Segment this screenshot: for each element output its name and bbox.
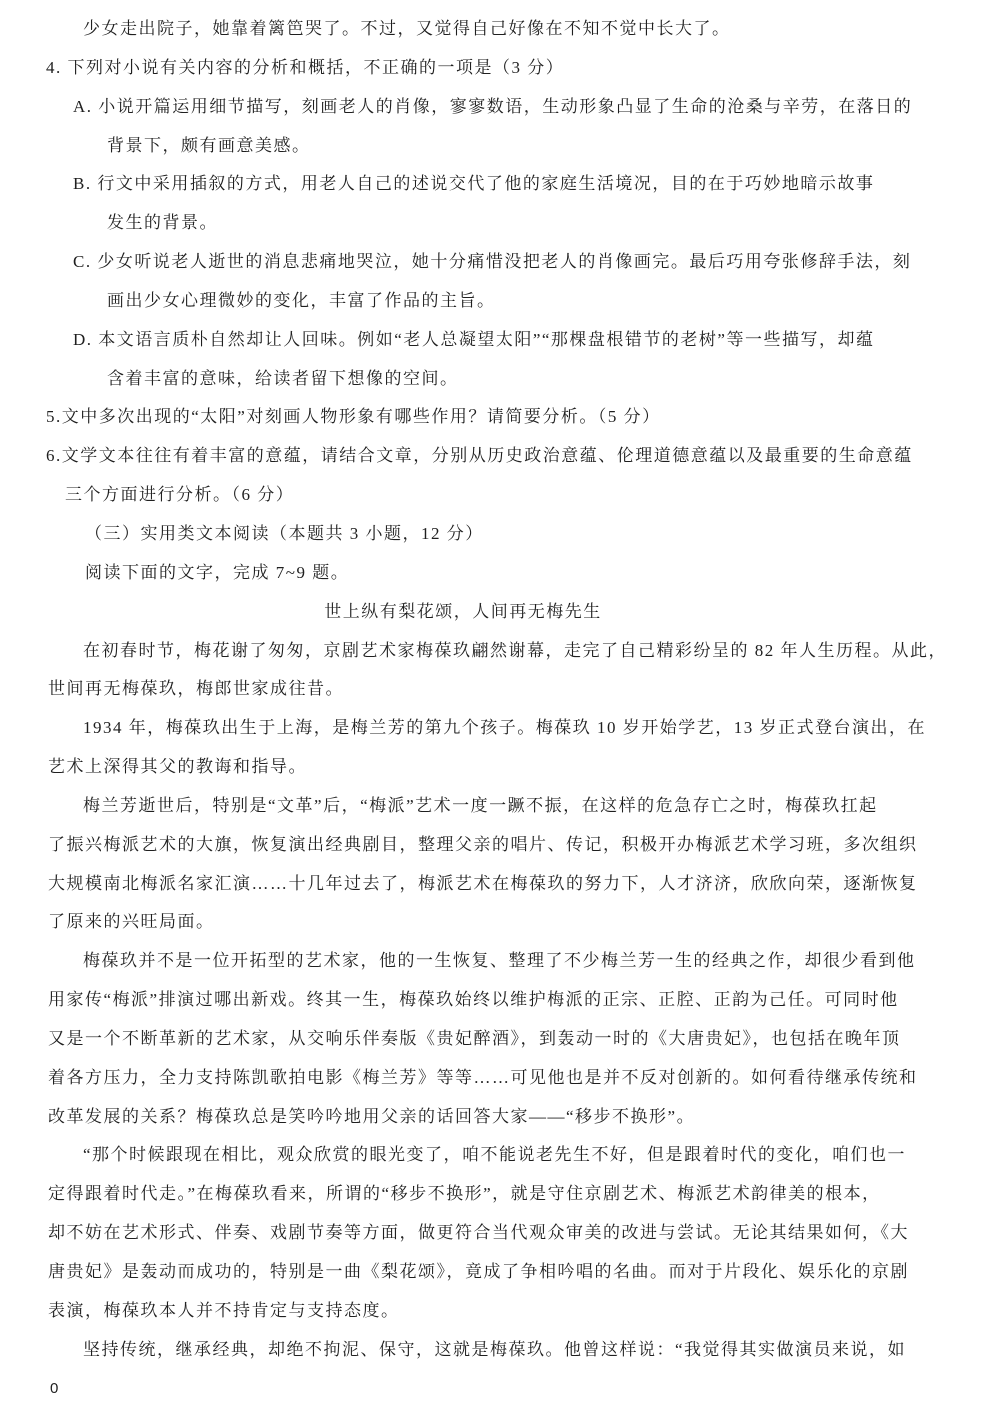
- document-body: 少女走出院子，她靠着篱笆哭了。不过，又觉得自己好像在不知不觉中长大了。4. 下列…: [0, 10, 992, 1403]
- question-4-option-c: 画出少女心理微妙的变化，丰富了作品的主旨。: [0, 282, 992, 321]
- article-paragraph-4: 用家传“梅派”排演过哪出新戏。终其一生，梅葆玖始终以维护梅派的正宗、正腔、正韵为…: [0, 981, 992, 1020]
- article-paragraph-5: 却不妨在艺术形式、伴奏、戏剧节奏等方面，做更符合当代观众审美的改进与尝试。无论其…: [0, 1214, 992, 1253]
- section-heading: （三）实用类文本阅读（本题共 3 小题，12 分）: [0, 515, 992, 554]
- article-paragraph-1: 在初春时节，梅花谢了匆匆，京剧艺术家梅葆玖翩然谢幕，走完了自己精彩纷呈的 82 …: [0, 632, 992, 671]
- article-paragraph-6: 坚持传统，继承经典，却绝不拘泥、保守，这就是梅葆玖。他曾这样说：“我觉得其实做演…: [0, 1331, 992, 1370]
- article-paragraph-4: 改革发展的关系？梅葆玖总是笑吟吟地用父亲的话回答大家——“移步不换形”。: [0, 1098, 992, 1137]
- article-paragraph-1: 世间再无梅葆玖，梅郎世家成往昔。: [0, 670, 992, 709]
- page-number: 0: [0, 1370, 992, 1403]
- story-ending-line: 少女走出院子，她靠着篱笆哭了。不过，又觉得自己好像在不知不觉中长大了。: [0, 10, 992, 49]
- article-paragraph-3: 梅兰芳逝世后，特别是“文革”后，“梅派”艺术一度一蹶不振，在这样的危急存亡之时，…: [0, 787, 992, 826]
- article-paragraph-4: 梅葆玖并不是一位开拓型的艺术家，他的一生恢复、整理了不少梅兰芳一生的经典之作，却…: [0, 942, 992, 981]
- article-paragraph-4: 着各方压力，全力支持陈凯歌拍电影《梅兰芳》等等……可见他也是并不反对创新的。如何…: [0, 1059, 992, 1098]
- question-4-option-a: A. 小说开篇运用细节描写，刻画老人的肖像，寥寥数语，生动形象凸显了生命的沧桑与…: [0, 88, 992, 127]
- article-paragraph-5: 定得跟着时代走。”在梅葆玖看来，所谓的“移步不换形”，就是守住京剧艺术、梅派艺术…: [0, 1175, 992, 1214]
- question-4-option-a: 背景下，颇有画意美感。: [0, 127, 992, 166]
- article-paragraph-5: 表演，梅葆玖本人并不持肯定与支持态度。: [0, 1292, 992, 1331]
- question-4-option-c: C. 少女听说老人逝世的消息悲痛地哭泣，她十分痛惜没把老人的肖像画完。最后巧用夸…: [0, 243, 992, 282]
- article-paragraph-2: 艺术上深得其父的教诲和指导。: [0, 748, 992, 787]
- section-instruction: 阅读下面的文字，完成 7~9 题。: [0, 554, 992, 593]
- article-paragraph-3: 了原来的兴旺局面。: [0, 903, 992, 942]
- document-page: 少女走出院子，她靠着篱笆哭了。不过，又觉得自己好像在不知不觉中长大了。4. 下列…: [0, 0, 992, 1403]
- question-4-option-d: 含着丰富的意味，给读者留下想像的空间。: [0, 360, 992, 399]
- article-paragraph-3: 大规模南北梅派名家汇演……十几年过去了，梅派艺术在梅葆玖的努力下，人才济济，欣欣…: [0, 865, 992, 904]
- question-4-option-b: B. 行文中采用插叙的方式，用老人自己的述说交代了他的家庭生活境况，目的在于巧妙…: [0, 165, 992, 204]
- article-paragraph-5: 唐贵妃》是轰动而成功的，特别是一曲《梨花颂》，竟成了争相吟唱的名曲。而对于片段化…: [0, 1253, 992, 1292]
- article-paragraph-5: “那个时候跟现在相比，观众欣赏的眼光变了，咱不能说老先生不好，但是跟着时代的变化…: [0, 1136, 992, 1175]
- question-4: 4. 下列对小说有关内容的分析和概括，不正确的一项是（3 分）: [0, 49, 992, 88]
- article-paragraph-4: 又是一个不断革新的艺术家，从交响乐伴奏版《贵妃醉酒》，到轰动一时的《大唐贵妃》，…: [0, 1020, 992, 1059]
- question-6: 6.文学文本往往有着丰富的意蕴，请结合文章，分别从历史政治意蕴、伦理道德意蕴以及…: [0, 437, 992, 476]
- article-paragraph-2: 1934 年，梅葆玖出生于上海，是梅兰芳的第九个孩子。梅葆玖 10 岁开始学艺，…: [0, 709, 992, 748]
- article-paragraph-3: 了振兴梅派艺术的大旗，恢复演出经典剧目，整理父亲的唱片、传记，积极开办梅派艺术学…: [0, 826, 992, 865]
- question-4-option-d: D. 本文语言质朴自然却让人回味。例如“老人总凝望太阳”“那棵盘根错节的老树”等…: [0, 321, 992, 360]
- question-6: 三个方面进行分析。（6 分）: [0, 476, 992, 515]
- article-title: 世上纵有梨花颂，人间再无梅先生: [0, 593, 992, 632]
- question-5: 5.文中多次出现的“太阳”对刻画人物形象有哪些作用？请简要分析。（5 分）: [0, 398, 992, 437]
- question-4-option-b: 发生的背景。: [0, 204, 992, 243]
